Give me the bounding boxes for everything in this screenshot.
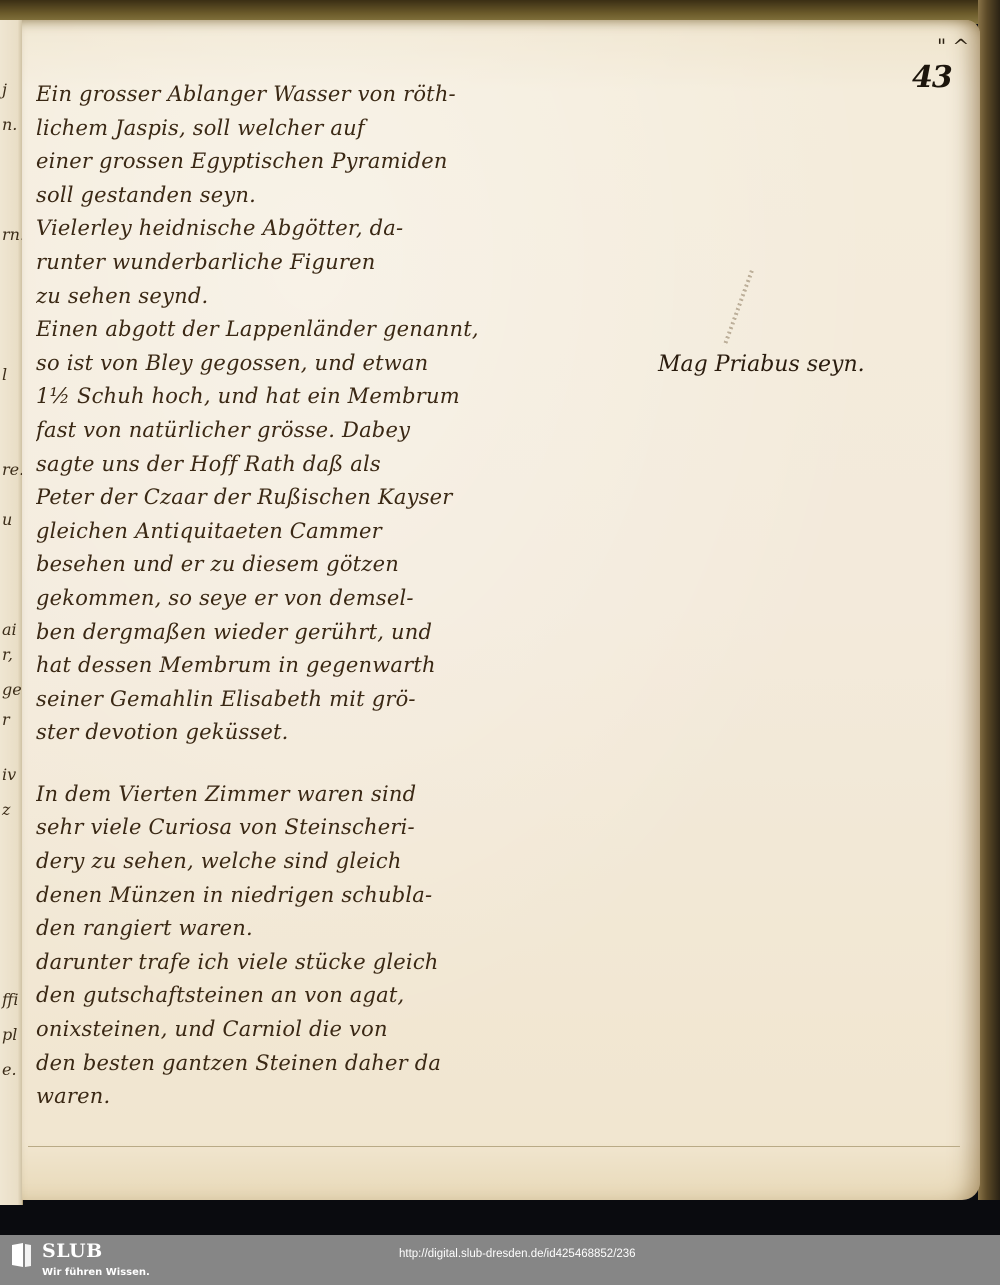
handwritten-text-block: Ein grosser Ablanger Wasser von röth-lic…	[36, 78, 626, 1114]
manuscript-line: waren.	[36, 1080, 626, 1114]
manuscript-line: den gutschaftsteinen an von agat,	[36, 979, 626, 1013]
manuscript-line: gekommen, so seye er von demsel-	[36, 582, 626, 616]
book-fore-edge	[978, 0, 1000, 1230]
manuscript-line: Einen abgott der Lappenländer genannt,	[36, 313, 626, 347]
scan-background	[0, 1200, 1000, 1235]
previous-page-text-fragment: e.	[2, 1060, 17, 1079]
margin-note: Mag Priabus seyn.	[658, 352, 865, 377]
manuscript-line: seiner Gemahlin Elisabeth mit grö-	[36, 683, 626, 717]
manuscript-line: Vielerley heidnische Abgötter, da-	[36, 212, 626, 246]
previous-page-sliver: jn.rn.lre.uair,gerivzffiple.	[0, 20, 23, 1205]
manuscript-line: In dem Vierten Zimmer waren sind	[36, 778, 626, 812]
manuscript-line: den besten gantzen Steinen daher da	[36, 1047, 626, 1081]
slub-tagline: Wir führen Wissen.	[42, 1267, 150, 1278]
manuscript-line: onixsteinen, und Carniol die von	[36, 1013, 626, 1047]
manuscript-line: gleichen Antiquitaeten Cammer	[36, 515, 626, 549]
previous-page-text-fragment: ai	[2, 620, 17, 639]
slub-book-icon	[11, 1242, 33, 1268]
previous-page-text-fragment: rn.	[2, 225, 23, 244]
manuscript-line: dery zu sehen, welche sind gleich	[36, 845, 626, 879]
manuscript-line: sehr viele Curiosa von Steinscheri-	[36, 811, 626, 845]
manuscript-line: so ist von Bley gegossen, und etwan	[36, 347, 626, 381]
manuscript-page: " ^ 43 Ein grosser Ablanger Wasser von r…	[22, 20, 980, 1200]
previous-page-text-fragment: pl	[2, 1025, 17, 1044]
previous-page-text-fragment: l	[2, 365, 7, 384]
manuscript-line: Ein grosser Ablanger Wasser von röth-	[36, 78, 626, 112]
manuscript-line	[36, 750, 626, 778]
previous-page-text-fragment: ffi	[2, 990, 18, 1009]
manuscript-line: darunter trafe ich viele stücke gleich	[36, 946, 626, 980]
manuscript-line: ben dergmaßen wieder gerührt, und	[36, 616, 626, 650]
manuscript-line: lichem Jaspis, soll welcher auf	[36, 112, 626, 146]
manuscript-line: zu sehen seynd.	[36, 280, 626, 314]
manuscript-line: runter wunderbarliche Figuren	[36, 246, 626, 280]
manuscript-line: einer grossen Egyptischen Pyramiden	[36, 145, 626, 179]
previous-page-text-fragment: re.	[2, 460, 23, 479]
paper-stain	[723, 270, 754, 347]
manuscript-line: denen Münzen in niedrigen schubla-	[36, 879, 626, 913]
manuscript-line: 1½ Schuh hoch, und hat ein Membrum	[36, 380, 626, 414]
page-edge-line	[28, 1146, 960, 1147]
previous-page-text-fragment: j	[2, 80, 7, 99]
previous-page-text-fragment: r	[2, 710, 10, 729]
previous-page-text-fragment: z	[2, 800, 10, 819]
manuscript-line: Peter der Czaar der Rußischen Kayser	[36, 481, 626, 515]
previous-page-text-fragment: iv	[2, 765, 16, 784]
page-number: 43	[912, 60, 952, 95]
previous-page-text-fragment: r,	[2, 645, 13, 664]
permalink-url[interactable]: http://digital.slub-dresden.de/id4254688…	[399, 1248, 636, 1260]
previous-page-text-fragment: u	[2, 510, 12, 529]
page-corner-mark: " ^	[937, 34, 969, 58]
previous-page-text-fragment: n.	[2, 115, 17, 134]
manuscript-line: hat dessen Membrum in gegenwarth	[36, 649, 626, 683]
manuscript-line: fast von natürlicher grösse. Dabey	[36, 414, 626, 448]
manuscript-line: ster devotion geküsset.	[36, 716, 626, 750]
manuscript-line: sagte uns der Hoff Rath daß als	[36, 448, 626, 482]
manuscript-line: soll gestanden seyn.	[36, 179, 626, 213]
slub-logo-text: SLUB	[42, 1240, 103, 1262]
manuscript-line: besehen und er zu diesem götzen	[36, 548, 626, 582]
footer-bar: SLUB Wir führen Wissen. http://digital.s…	[0, 1235, 1000, 1285]
manuscript-line: den rangiert waren.	[36, 912, 626, 946]
previous-page-text-fragment: ge	[2, 680, 22, 699]
